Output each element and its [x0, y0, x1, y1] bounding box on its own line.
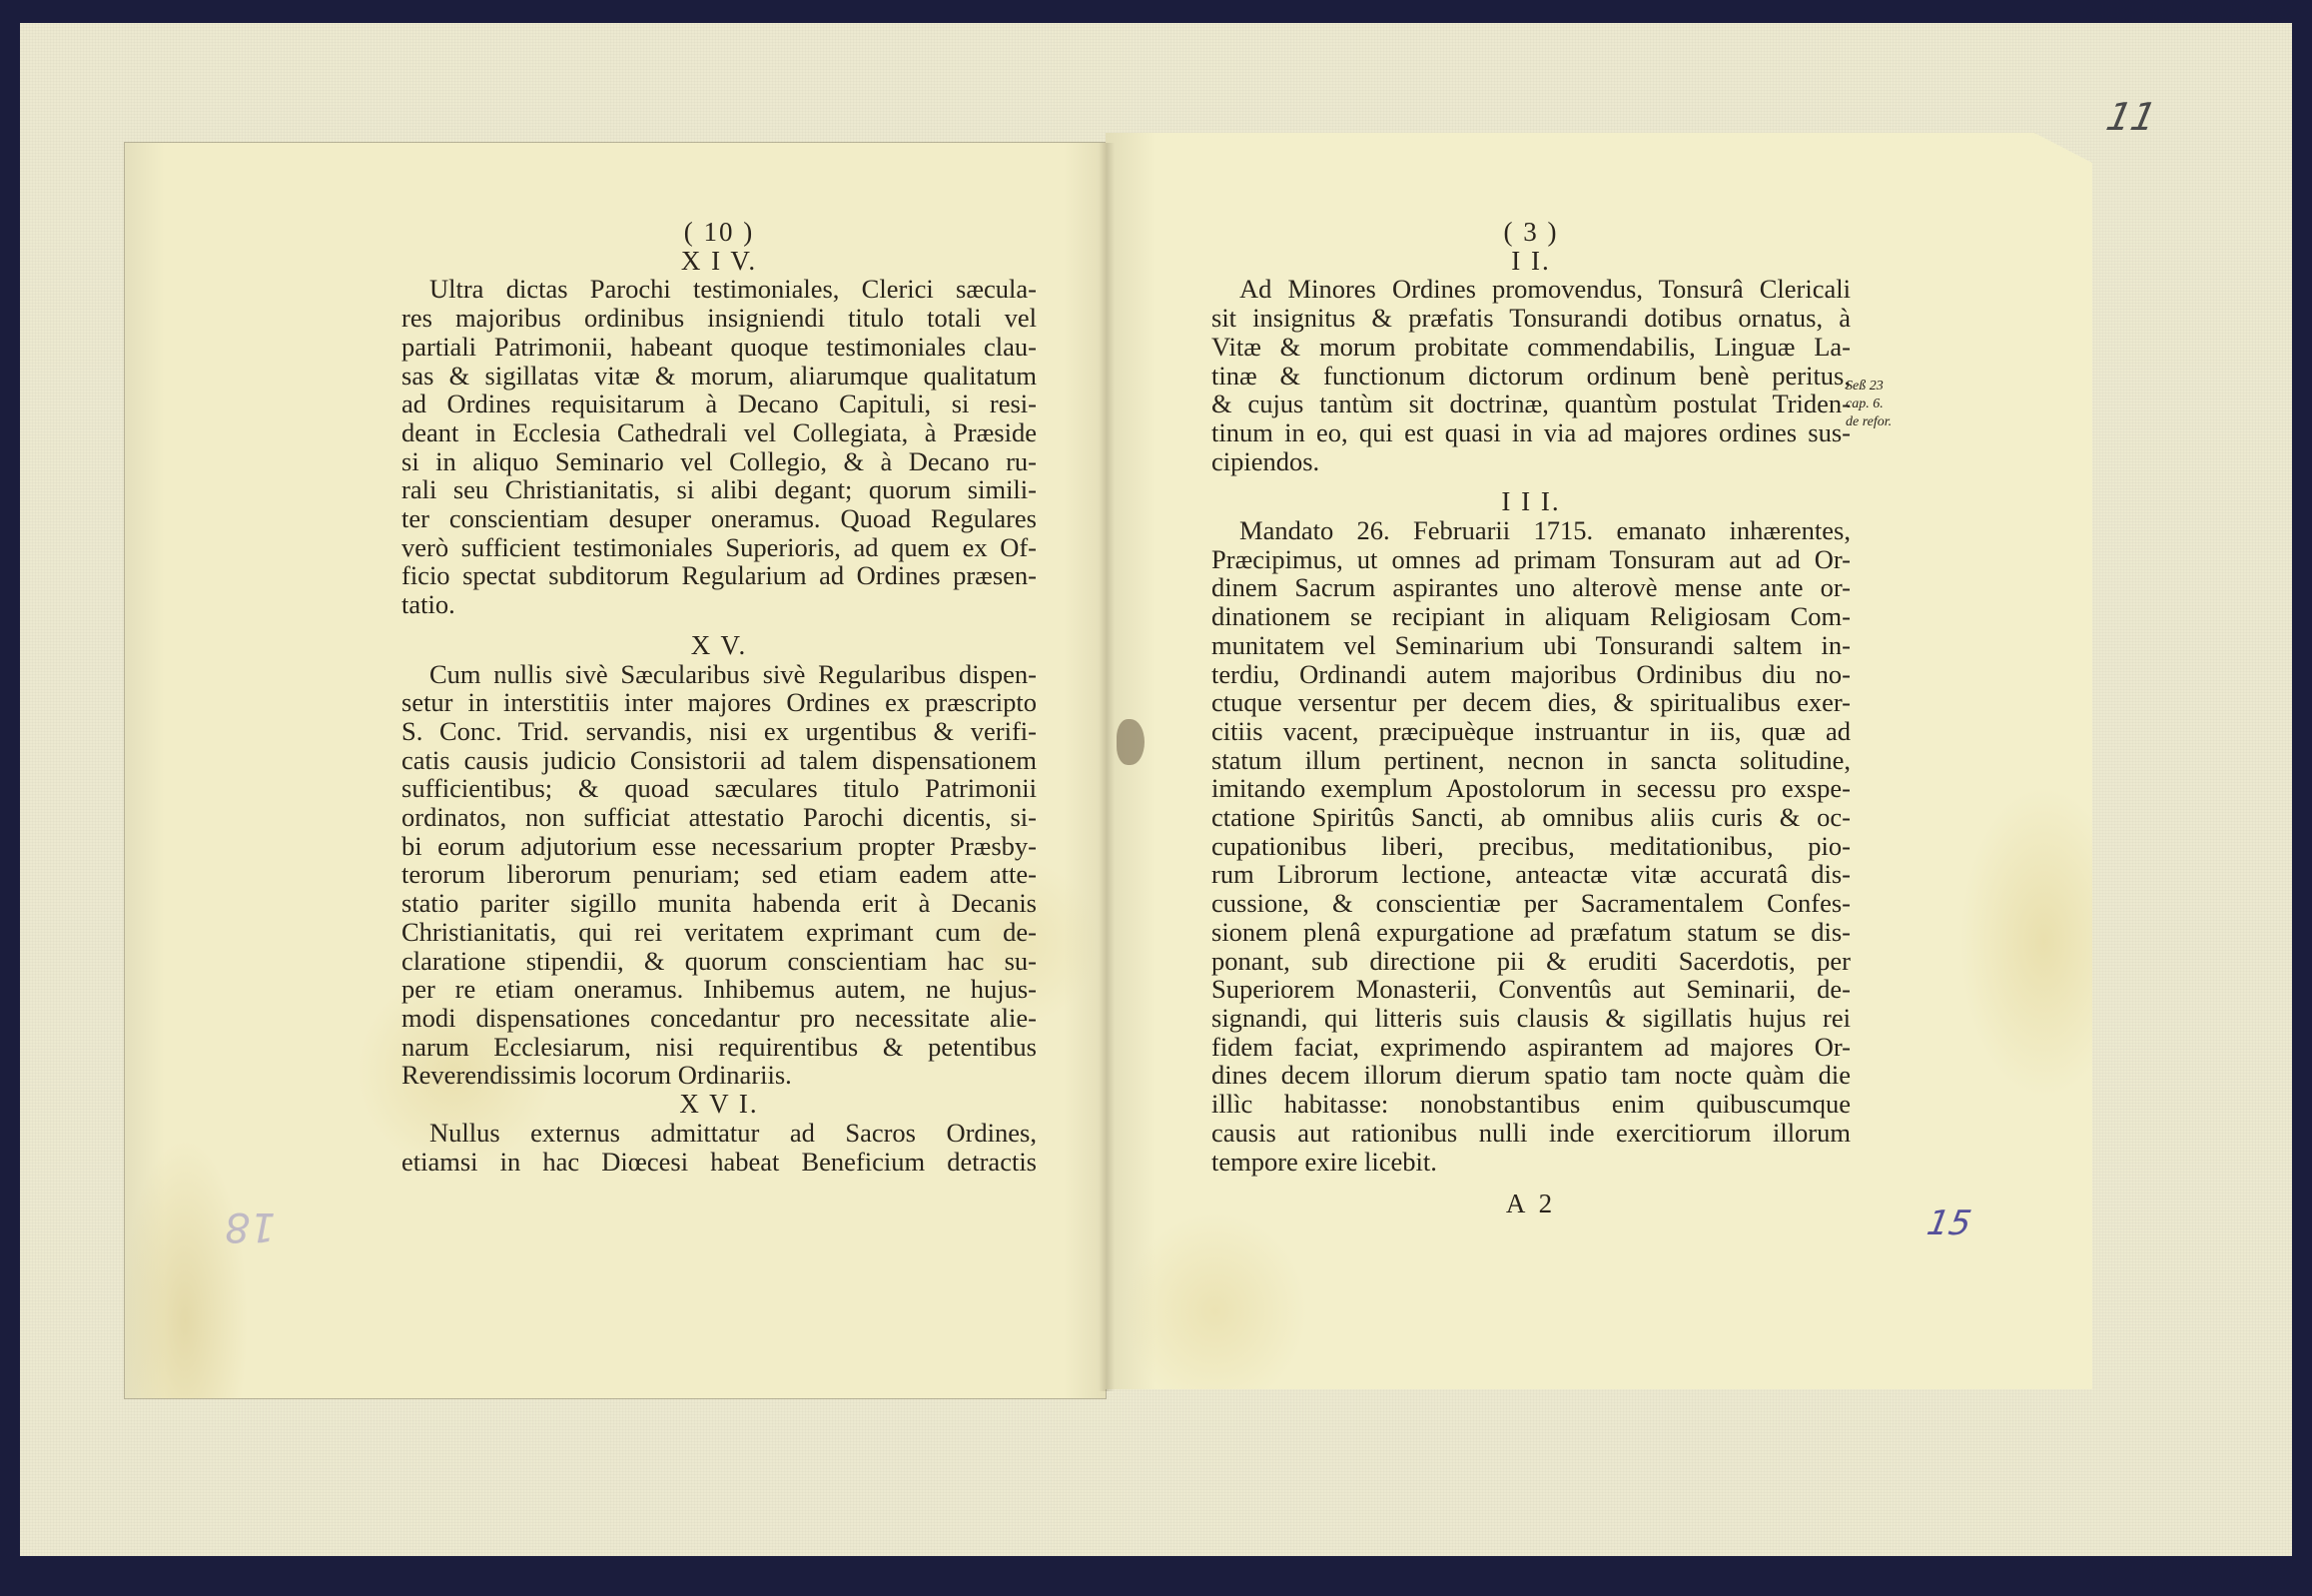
page-number: ( 10 ): [401, 218, 1037, 247]
paragraph-xvi: Nullus externus admittatur ad Sacros Ord…: [401, 1119, 1037, 1176]
text-line: rum Librorum lectione, anteactæ vitæ acc…: [1211, 860, 1851, 889]
text-line: setur in interstitiis inter majores Ordi…: [401, 688, 1037, 717]
marginal-line: Seß 23: [1846, 378, 1892, 396]
section-heading: X I V.: [401, 247, 1037, 276]
text-line: Mandato 26. Februarii 1715. emanato inhæ…: [1211, 516, 1851, 545]
marginal-line: cap. 6.: [1846, 396, 1892, 413]
text-line: Nullus externus admittatur ad Sacros Ord…: [401, 1119, 1037, 1148]
text-line: sit insignitus & præfatis Tonsurandi dot…: [1211, 304, 1851, 333]
text-line: deant in Ecclesia Cathedrali vel Collegi…: [401, 418, 1037, 447]
folio-number-annotation: 11: [2102, 95, 2160, 139]
text-line: terdiu, Ordinandi autem majoribus Ordini…: [1211, 660, 1851, 689]
text-line: cipiendos.: [1211, 447, 1851, 476]
paragraph-xiv: Ultra dictas Parochi testimoniales, Cler…: [401, 275, 1037, 618]
text-line: illìc habitasse: nonobstantibus enim qui…: [1211, 1090, 1851, 1119]
text-line: munitatem vel Seminarium ubi Tonsurandi …: [1211, 631, 1851, 660]
fold-stain: [1117, 719, 1145, 765]
text-line: tatio.: [401, 590, 1037, 619]
marginal-line: de refor.: [1846, 413, 1892, 431]
text-line: narum Ecclesiarum, nisi requirentibus & …: [401, 1033, 1037, 1062]
text-line: terorum liberorum penuriam; sed etiam ea…: [401, 860, 1037, 889]
text-line: res majoribus ordinibus insigniendi titu…: [401, 304, 1037, 333]
text-line: ad Ordines requisitarum à Decano Capitul…: [401, 390, 1037, 418]
right-page-text: ( 3 ) I I. Ad Minores Ordines promovendu…: [1211, 218, 1851, 1218]
paragraph-iii: Mandato 26. Februarii 1715. emanato inhæ…: [1211, 516, 1851, 1176]
marginal-note: Seß 23 cap. 6. de refor.: [1846, 378, 1892, 431]
text-line: Reverendissimis locorum Ordinariis.: [401, 1061, 1037, 1090]
text-line: per re etiam oneramus. Inhibemus autem, …: [401, 975, 1037, 1004]
text-line: Cum nullis sivè Sæcularibus sivè Regular…: [401, 660, 1037, 689]
text-line: ordinatos, non sufficiat attestatio Paro…: [401, 803, 1037, 832]
text-line: dinem Sacrum aspirantes uno alterovè men…: [1211, 573, 1851, 602]
text-line: ponant, sub directione pii & eruditi Sac…: [1211, 947, 1851, 976]
section-heading: X V I.: [401, 1090, 1037, 1119]
text-line: cussione, & conscientiæ per Sacramentale…: [1211, 889, 1851, 918]
text-line: Ad Minores Ordines promovendus, Tonsurâ …: [1211, 275, 1851, 304]
text-line: imitando exemplum Apostolorum in secessu…: [1211, 774, 1851, 803]
text-line: dinationem se recipiant in aliquam Relig…: [1211, 602, 1851, 631]
text-line: ctuque versentur per decem dies, & spiri…: [1211, 688, 1851, 717]
text-line: dines decem illorum dierum spatio tam no…: [1211, 1061, 1851, 1090]
page-number: ( 3 ): [1211, 218, 1851, 247]
text-line: sufficientibus; & quoad sæculares titulo…: [401, 774, 1037, 803]
text-line: bi eorum adjutorium esse necessarium pro…: [401, 832, 1037, 861]
text-line: tinum in eo, qui est quasi in via ad maj…: [1211, 418, 1851, 447]
text-line: Superiorem Monasterii, Conventûs aut Sem…: [1211, 975, 1851, 1004]
section-heading: X V.: [401, 631, 1037, 660]
text-line: causis aut rationibus nulli inde exercit…: [1211, 1119, 1851, 1148]
text-line: modi dispensationes concedantur pro nece…: [401, 1004, 1037, 1033]
section-heading: I I I.: [1211, 487, 1851, 516]
center-fold: [1099, 143, 1115, 1391]
text-line: rali seu Christianitatis, si alibi degan…: [401, 475, 1037, 504]
paragraph-ii: Ad Minores Ordines promovendus, Tonsurâ …: [1211, 275, 1851, 475]
text-line: signandi, qui litteris suis clausis & si…: [1211, 1004, 1851, 1033]
text-line: Vitæ & morum probitate commendabilis, Li…: [1211, 333, 1851, 362]
text-line: statio pariter sigillo munita habenda er…: [401, 889, 1037, 918]
paragraph-xv: Cum nullis sivè Sæcularibus sivè Regular…: [401, 660, 1037, 1091]
text-line: & cujus tantùm sit doctrinæ, quantùm pos…: [1211, 390, 1851, 418]
pencil-number-left: 18: [225, 1203, 276, 1249]
text-line: Præcipimus, ut omnes ad primam Tonsuram …: [1211, 545, 1851, 574]
text-line: si in aliquo Seminario vel Collegio, & à…: [401, 447, 1037, 476]
signature-mark: A 2: [1211, 1190, 1851, 1218]
text-line: cupationibus liberi, precibus, meditatio…: [1211, 832, 1851, 861]
text-line: tempore exire licebit.: [1211, 1148, 1851, 1177]
text-line: claratione stipendii, & quorum conscient…: [401, 947, 1037, 976]
left-page-text: ( 10 ) X I V. Ultra dictas Parochi testi…: [401, 218, 1037, 1176]
pencil-number-right: 15: [1924, 1203, 1973, 1243]
text-line: catis causis judicio Consistorii ad tale…: [401, 746, 1037, 775]
text-line: partiali Patrimonii, habeant quoque test…: [401, 333, 1037, 362]
text-line: sas & sigillatas vitæ & morum, aliarumqu…: [401, 362, 1037, 391]
text-line: ficio spectat subditorum Regularium ad O…: [401, 561, 1037, 590]
text-line: citiis vacent, præcipuèque instruantur i…: [1211, 717, 1851, 746]
text-line: tinæ & functionum dictorum ordinum benè …: [1211, 362, 1851, 391]
text-line: statum illum pertinent, necnon in sancta…: [1211, 746, 1851, 775]
text-line: fidem faciat, exprimendo aspirantem ad m…: [1211, 1033, 1851, 1062]
text-line: Christianitatis, qui rei veritatem expri…: [401, 918, 1037, 947]
text-line: S. Conc. Trid. servandis, nisi ex urgent…: [401, 717, 1037, 746]
text-line: ter conscientiam desuper oneramus. Quoad…: [401, 504, 1037, 533]
section-heading: I I.: [1211, 247, 1851, 276]
text-line: Ultra dictas Parochi testimoniales, Cler…: [401, 275, 1037, 304]
text-line: etiamsi in hac Diœcesi habeat Beneficium…: [401, 1148, 1037, 1177]
text-line: ctatione Spiritûs Sancti, ab omnibus ali…: [1211, 803, 1851, 832]
text-line: verò sufficient testimoniales Superioris…: [401, 533, 1037, 562]
text-line: sionem plenâ expurgatione ad præfatum st…: [1211, 918, 1851, 947]
